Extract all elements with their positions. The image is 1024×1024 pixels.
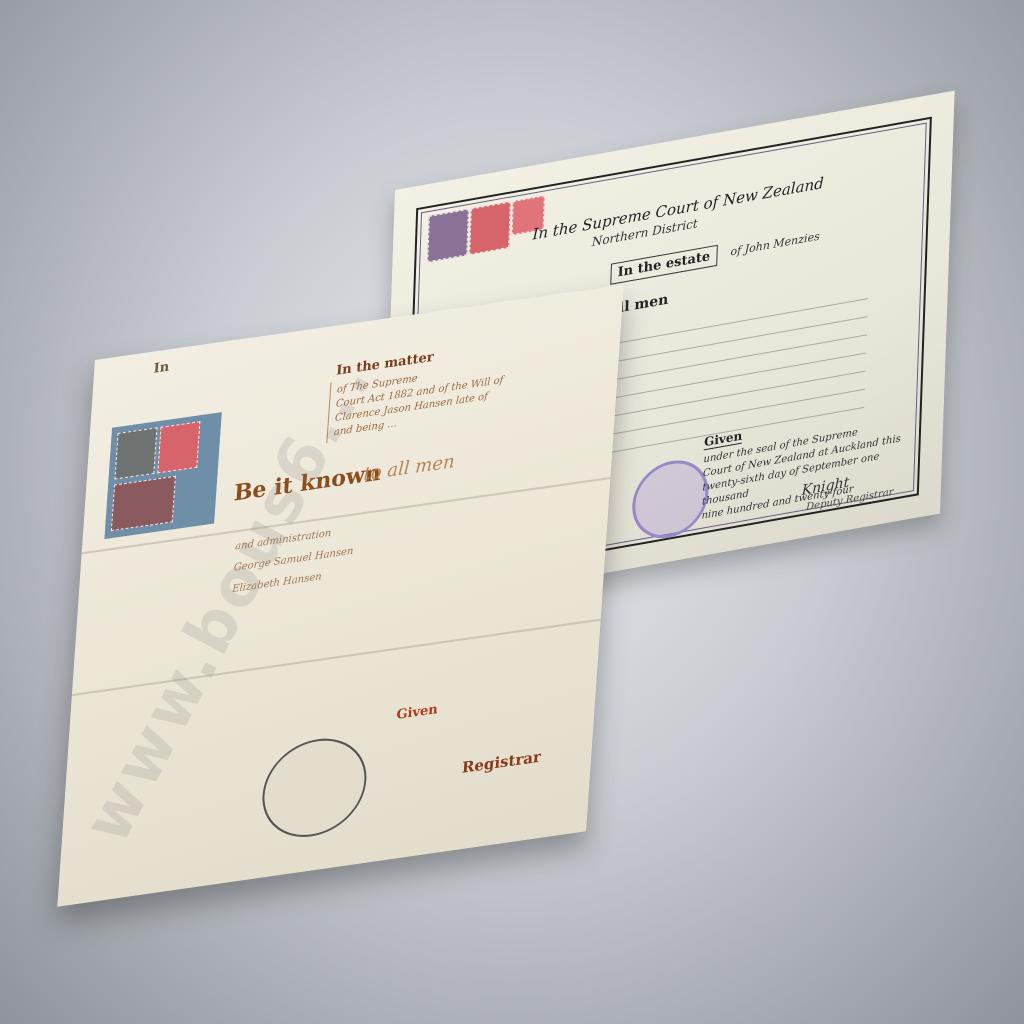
stamp-red [157,421,200,473]
stamp-grey [114,427,157,479]
revenue-stamps-front [104,412,221,539]
given-label: Given [396,702,438,723]
registrar-label: Registrar [461,747,541,776]
stamp-red [469,201,511,254]
photo-scene: In the Supreme Court of New Zealand Nort… [0,0,1024,1024]
stamp-brown [111,475,176,530]
stamp-purple [427,209,469,262]
embossed-court-seal [259,732,369,844]
front-header: In [153,359,170,376]
to-all-men-text: to all men [363,451,455,485]
